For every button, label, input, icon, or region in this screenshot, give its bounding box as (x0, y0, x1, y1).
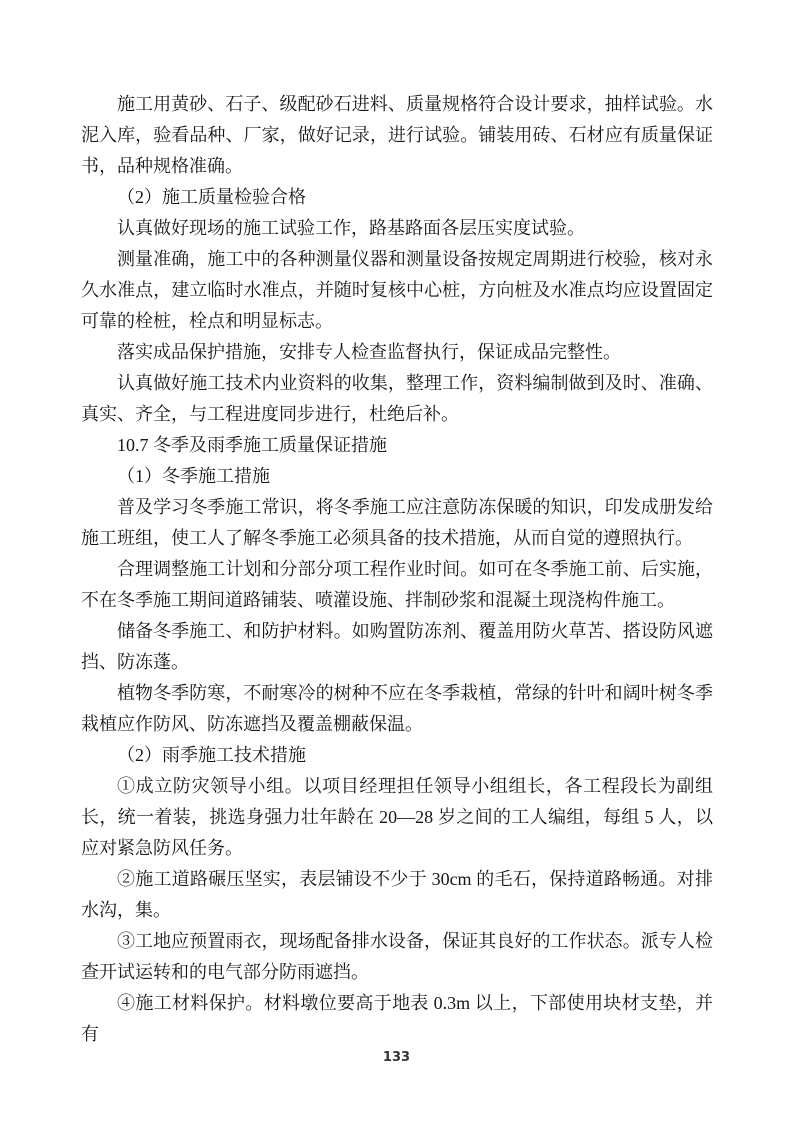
paragraph: 测量准确，施工中的各种测量仪器和测量设备按规定周期进行校验，核对永久水准点，建立… (81, 244, 713, 337)
page-footer: 133 (0, 1048, 793, 1066)
paragraph: ①成立防灾领导小组。以项目经理担任领导小组组长，各工程段长为副组长，统一着装，挑… (81, 771, 713, 864)
subsection-heading: （2）雨季施工技术措施 (81, 740, 713, 771)
paragraph: 施工用黄砂、石子、级配砂石进料、质量规格符合设计要求，抽样试验。水泥入库，验看品… (81, 89, 713, 182)
paragraph: 认真做好施工技术内业资料的收集，整理工作，资料编制做到及时、准确、真实、齐全，与… (81, 368, 713, 430)
paragraph: ④施工材料保护。材料墩位要高于地表 0.3m 以上，下部使用块材支垫，并有 (81, 988, 713, 1050)
paragraph: 普及学习冬季施工常识，将冬季施工应注意防冻保暖的知识，印发成册发给施工班组，使工… (81, 492, 713, 554)
subsection-heading: （1）冬季施工措施 (81, 461, 713, 492)
section-heading: 10.7 冬季及雨季施工质量保证措施 (81, 430, 713, 461)
paragraph: 落实成品保护措施，安排专人检查监督执行，保证成品完整性。 (81, 337, 713, 368)
subsection-heading: （2）施工质量检验合格 (81, 182, 713, 213)
paragraph: 认真做好现场的施工试验工作，路基路面各层压实度试验。 (81, 213, 713, 244)
document-page: 施工用黄砂、石子、级配砂石进料、质量规格符合设计要求，抽样试验。水泥入库，验看品… (0, 0, 793, 1122)
paragraph: 储备冬季施工、和防护材料。如购置防冻剂、覆盖用防火草苫、搭设防风遮挡、防冻蓬。 (81, 616, 713, 678)
document-body: 施工用黄砂、石子、级配砂石进料、质量规格符合设计要求，抽样试验。水泥入库，验看品… (81, 89, 713, 1050)
paragraph: 合理调整施工计划和分部分项工程作业时间。如可在冬季施工前、后实施，不在冬季施工期… (81, 554, 713, 616)
page-number: 133 (383, 1050, 410, 1065)
paragraph: ③工地应预置雨衣，现场配备排水设备，保证其良好的工作状态。派专人检查开试运转和的… (81, 926, 713, 988)
paragraph: 植物冬季防寒，不耐寒冷的树种不应在冬季栽植，常绿的针叶和阔叶树冬季栽植应作防风、… (81, 678, 713, 740)
paragraph: ②施工道路碾压坚实，表层铺设不少于 30cm 的毛石，保持道路畅通。对排水沟，集… (81, 864, 713, 926)
